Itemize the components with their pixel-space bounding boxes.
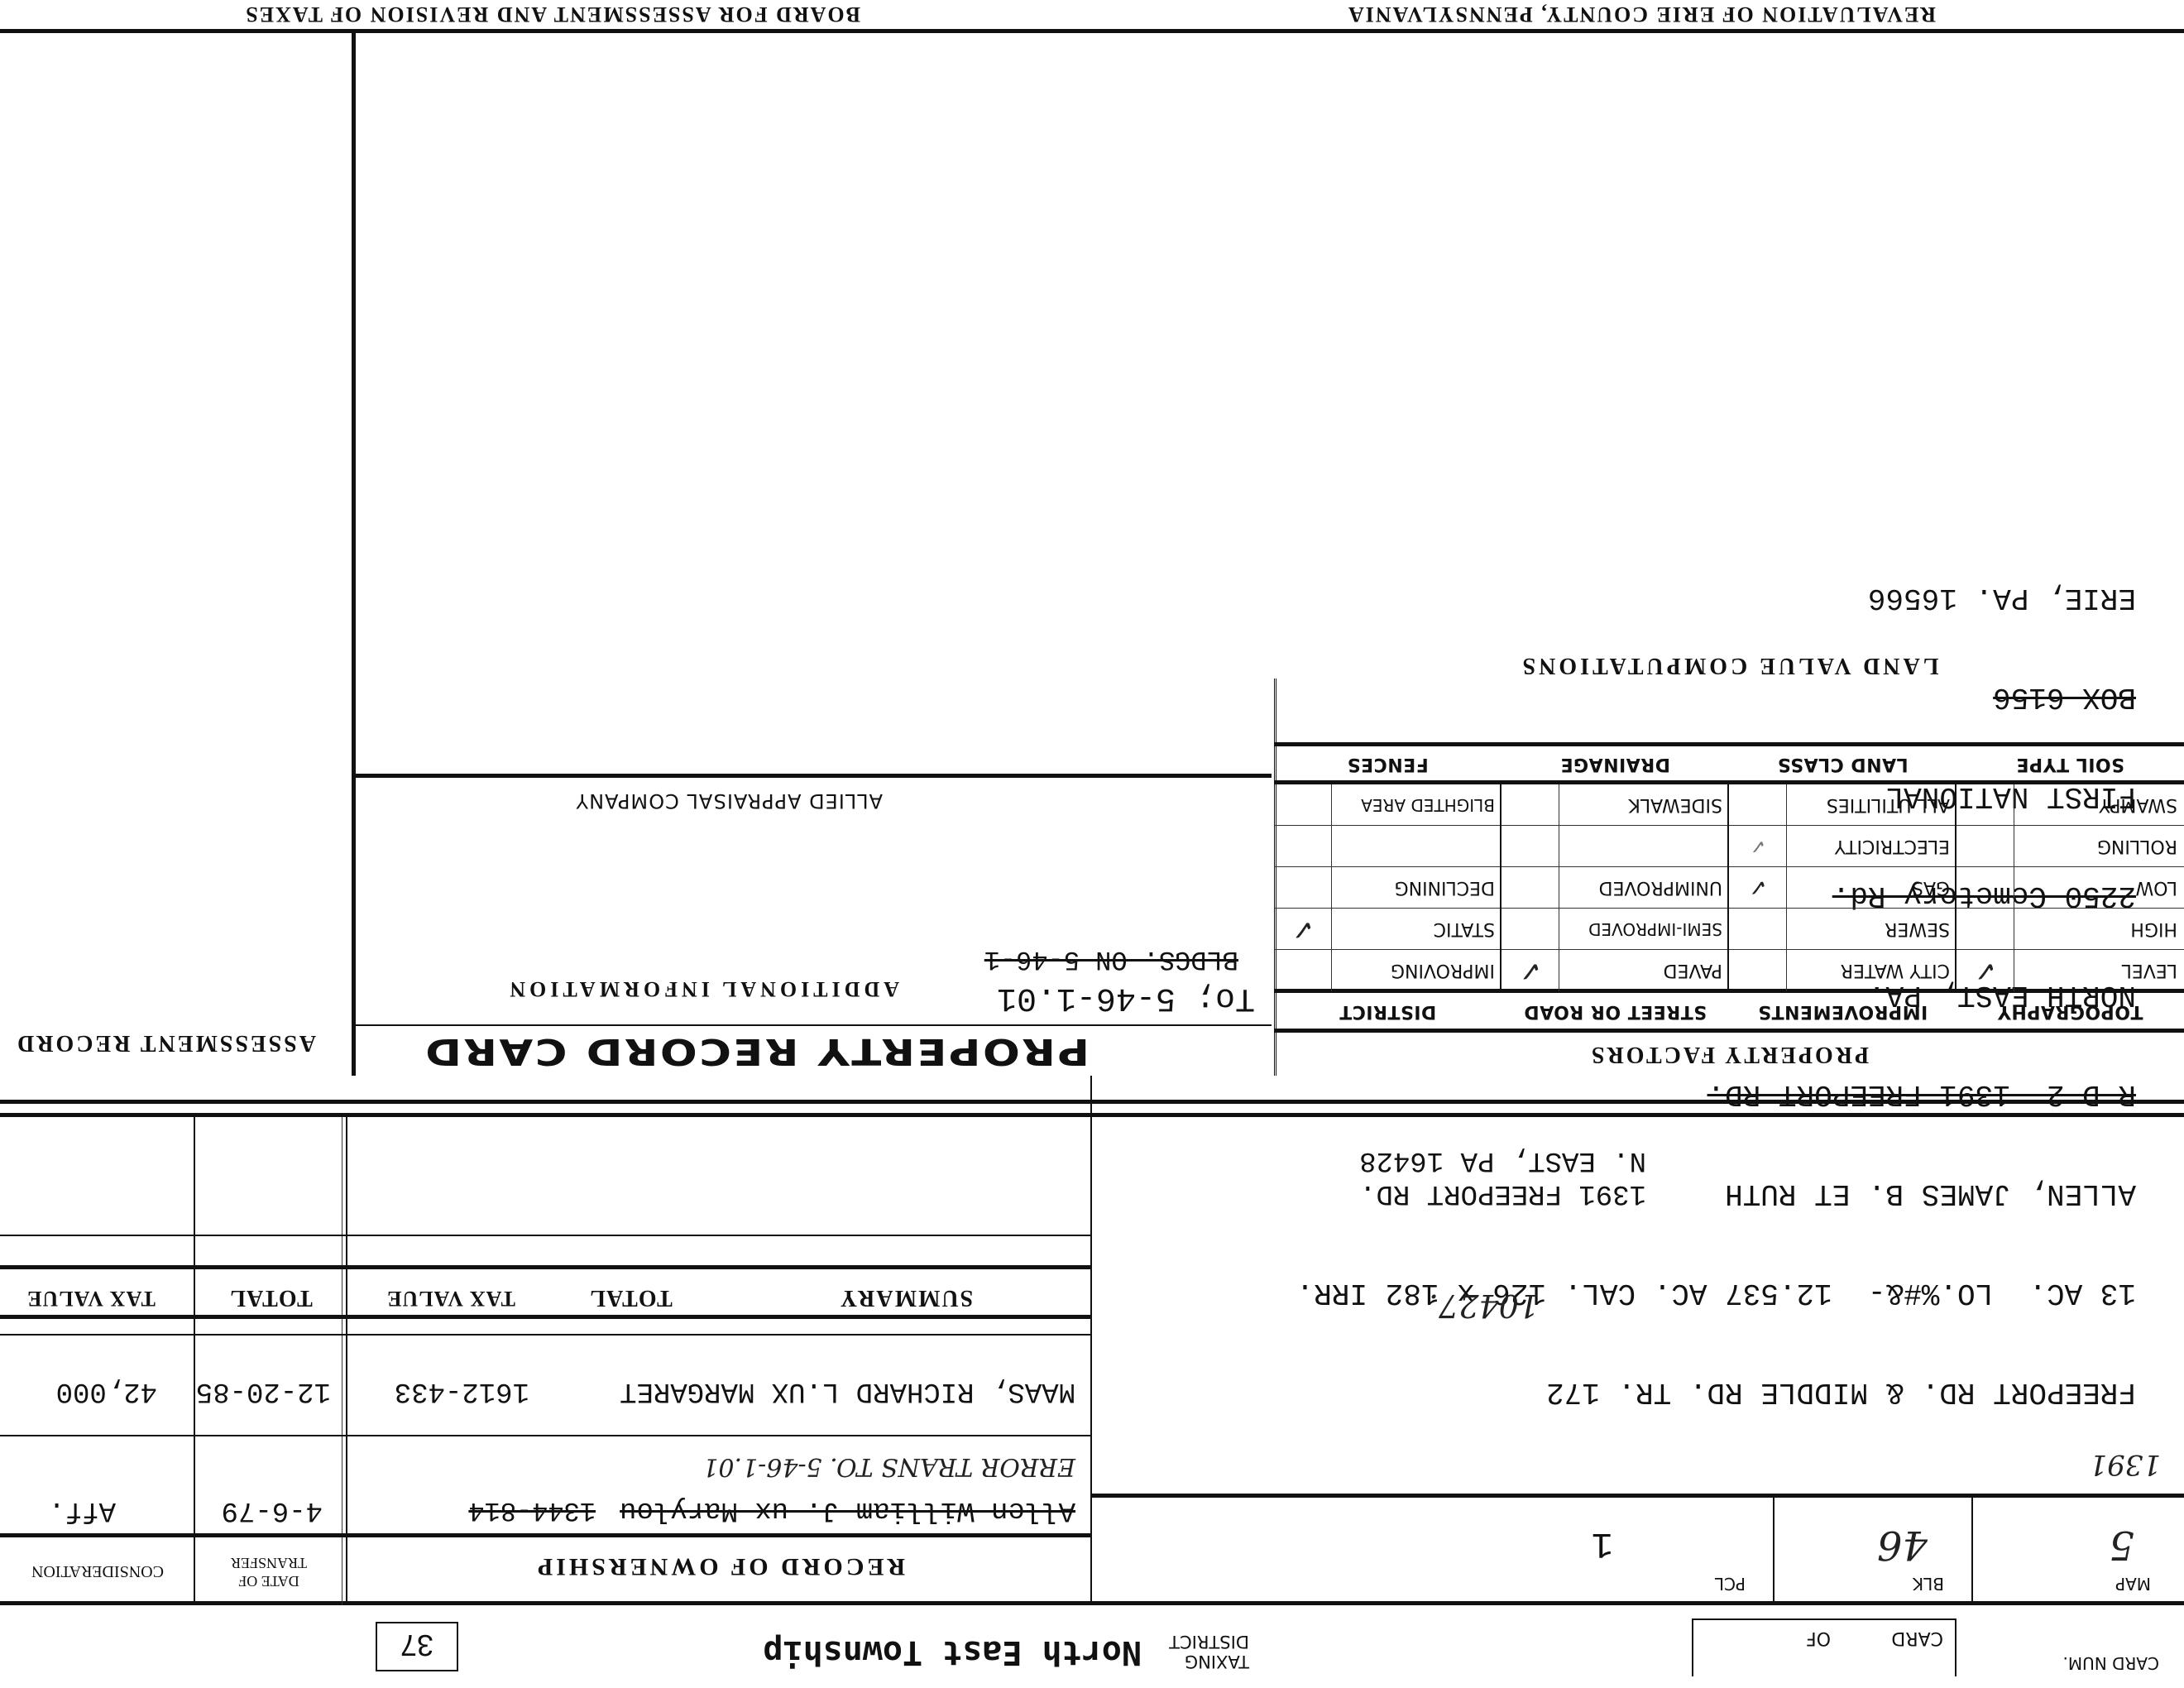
ownership-row: Allen William J. ux Marylou 1344-814 4-6… <box>0 1436 1092 1536</box>
date-of-transfer-label: DATE OF TRANSFER <box>195 1554 342 1590</box>
district-header: DISTRICT <box>1274 993 1501 1031</box>
factor-all-utilities: ALL UTILITIES <box>1784 784 1950 826</box>
factor-city-water: CITY WATER <box>1784 950 1950 991</box>
of-label: OF <box>1806 1628 1831 1648</box>
card-label: CARD <box>1891 1628 1943 1648</box>
summary-header: SUMMARY <box>720 1284 1092 1311</box>
factor-gas: GAS <box>1784 867 1950 909</box>
land-class-header: LAND CLASS <box>1729 746 1956 783</box>
taxing-district-value: North East Township <box>763 1633 1142 1671</box>
ownership-correction-note: ERROR TRANS TO. 5-46-1.01 <box>702 1452 1075 1481</box>
drainage-header: DRAINAGE <box>1501 746 1729 783</box>
property-record-card-title: PROPERTY RECORD CARD <box>424 1030 1090 1072</box>
property-factor-grid: LEVEL ✓ CITY WATER PAVED ✓ IMPROVING HIG… <box>1274 784 2184 991</box>
map-value: 5 <box>2109 1522 2134 1568</box>
taxing-label: TAXING <box>1169 1652 1249 1671</box>
factor-paved: PAVED <box>1557 950 1722 991</box>
address-line-struck: R D 2 1391 FREEPORT RD. <box>1296 1077 2136 1110</box>
mailing-street: 1391 FREEPORT RD. <box>1359 1177 1646 1210</box>
blk-label: BLK <box>1913 1574 1944 1594</box>
check-mark-icon[interactable]: ✓ <box>1733 826 1783 867</box>
taxing-district-label: TAXING DISTRICT <box>1169 1632 1249 1671</box>
property-factors: PROPERTY FACTORS TOPOGRAPHY IMPROVEMENTS… <box>1274 679 2184 1076</box>
check-mark-icon[interactable]: ✓ <box>1506 950 1555 991</box>
check-mark-icon[interactable]: ✓ <box>1961 950 2010 991</box>
summary-section: SUMMARY TOTAL TAX VALUE TOTAL TAX VALUE <box>0 1117 1092 1319</box>
soil-type-header: SOIL TYPE <box>1956 746 2184 783</box>
land-value-computations: LAND VALUE COMPUTATIONS <box>1274 33 2184 679</box>
transfer-note: To; 5-46-1.01 <box>997 979 1255 1016</box>
assessment-record-title: ASSESSMENT RECORD <box>0 1029 331 1056</box>
street-or-road-header: STREET OR ROAD <box>1501 993 1729 1031</box>
date-of-label: DATE OF <box>195 1572 342 1590</box>
property-factors-title: PROPERTY FACTORS <box>1274 1041 2184 1067</box>
card-num-label: CARD NUM. <box>2060 1653 2159 1673</box>
card-of-box[interactable]: CARD OF <box>1692 1618 1956 1676</box>
consideration-label: CONSIDERATION <box>0 1561 195 1580</box>
mailing-address: 1391 FREEPORT RD. N. EAST, PA 16428 <box>1359 1144 1646 1210</box>
building-permit-section <box>356 679 1272 776</box>
summary-total-header-2: TOTAL <box>182 1284 360 1311</box>
owner-info-block: 1391 FREEPORT RD. & MIDDLE RD. TR. 172 1… <box>1092 1117 2184 1498</box>
parcel-id-block: MAP 5 BLK 46 PCL 1 <box>1092 1498 2184 1605</box>
acreage-line: 13 AC. LO.%#&- 12.537 AC. CAL. 126 x 182… <box>1296 1276 2136 1309</box>
factor-static: STATIC <box>1329 909 1495 950</box>
board-title: BOARD FOR ASSESSMENT AND REVISION OF TAX… <box>244 2 860 26</box>
consideration: 42,000 <box>56 1375 157 1407</box>
ownership-row: MAAS, RICHARD L.UX MARGARET 1612-433 12-… <box>0 1336 1092 1435</box>
factor-low: LOW <box>2012 867 2177 909</box>
factor-sidewalk: SIDEWALK <box>1557 784 1722 826</box>
factor-swampy: SWAMPY <box>2012 784 2177 826</box>
property-record-card: CARD NUM. CARD OF TAXING DISTRICT North … <box>0 0 2184 1688</box>
deed-book: 1612-433 <box>395 1375 529 1407</box>
map-label: MAP <box>2115 1574 2151 1594</box>
transfer-date: 4-6-79 <box>222 1494 323 1526</box>
owner-name: Allen William J. ux Marylou <box>620 1494 1075 1526</box>
factor-unimproved: UNIMPROVED <box>1557 867 1722 909</box>
location-line: FREEPORT RD. & MIDDLE RD. TR. 172 <box>1296 1375 2136 1408</box>
land-value-title: LAND VALUE COMPUTATIONS <box>1274 652 2184 679</box>
check-mark-icon[interactable]: ✓ <box>1278 909 1328 950</box>
district-label: DISTRICT <box>1169 1632 1249 1652</box>
transfer-label: TRANSFER <box>195 1554 342 1572</box>
consideration: Aff. <box>48 1494 116 1526</box>
check-mark-icon[interactable]: ✓ <box>1733 867 1783 909</box>
card-box-number: 37 <box>376 1622 458 1671</box>
bldgs-note: BLDGS. ON 5-46-1 <box>984 944 1238 975</box>
improvements-header: IMPROVEMENTS <box>1729 993 1956 1031</box>
appraisal-company: ALLIED APPRAISAL COMPANY <box>576 789 884 813</box>
mailing-city: N. EAST, PA 16428 <box>1359 1144 1646 1177</box>
factor-level: LEVEL <box>2012 950 2177 991</box>
factor-rolling: ROLLING <box>2012 826 2177 867</box>
summary-tax-value-header-2: TAX VALUE <box>0 1286 182 1311</box>
revaluation-title: REVALUATION OF ERIE COUNTY, PENNSYLVANIA <box>1347 2 1936 26</box>
summary-tax-value-header: TAX VALUE <box>360 1286 542 1311</box>
transfer-date: 12-20-85 <box>196 1375 331 1407</box>
factor-semi-improved: SEMI-IMPROVED <box>1557 909 1722 950</box>
pcl-label: PCL <box>1715 1574 1746 1594</box>
factor-electricity: ELECTRICITY <box>1784 826 1950 867</box>
additional-info-title: ADDITIONAL INFORMATION <box>505 976 899 1001</box>
factor-high: HIGH <box>2012 909 2177 950</box>
topography-header: TOPOGRAPHY <box>1956 993 2184 1031</box>
factor-blighted-area: BLIGHTED AREA <box>1329 784 1495 826</box>
ownership-title: RECORD OF OWNERSHIP <box>347 1552 1092 1580</box>
pcl-value: 1 <box>1592 1523 1613 1564</box>
factor-sewer: SEWER <box>1784 909 1950 950</box>
summary-total-header: TOTAL <box>542 1284 720 1311</box>
blk-value: 46 <box>1877 1522 1928 1568</box>
factor-improving: IMPROVING <box>1329 950 1495 991</box>
owner-name: MAAS, RICHARD L.UX MARGARET <box>620 1375 1075 1407</box>
handwritten-note: 10427. <box>1429 1288 1539 1324</box>
factor-declining: DECLINING <box>1329 867 1495 909</box>
fences-header: FENCES <box>1274 746 1501 783</box>
deed-book: 1344-814 <box>468 1495 596 1526</box>
